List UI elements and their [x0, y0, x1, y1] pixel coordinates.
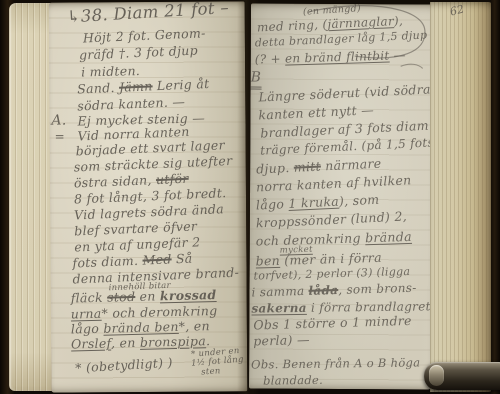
- handwriting-segment: ),: [394, 14, 404, 28]
- handwriting-segment: sten: [201, 366, 221, 377]
- handwriting-segment: lågo: [256, 196, 289, 213]
- handwriting-segment: 1 kruka: [288, 194, 339, 211]
- handwriting-segment: ), som: [339, 192, 380, 209]
- notebook-photo: ↳38. Diam 21 fot –Höjt 2 fot. Genom-gräf…: [0, 0, 500, 394]
- handwriting-segment: Obs 1 större o 1 mindre: [253, 313, 412, 333]
- handwriting-segment: Obs. Benen från A o B höga: [251, 355, 420, 371]
- handwriting-segment: (mer än i förra: [280, 250, 382, 268]
- handwriting-segment: bronspipa: [140, 333, 206, 350]
- handwriting-segment: kroppssönder (lund) 2,: [256, 208, 408, 230]
- handwriting-segment: A.: [51, 113, 66, 129]
- handwriting-line: i midten.: [81, 63, 140, 79]
- handwriting-segment: Så: [171, 251, 193, 267]
- right-page: (en mängd)med ring, (järnnaglar),detta b…: [249, 4, 433, 390]
- handwriting-line: Orslef, en bronspipa.: [71, 333, 211, 351]
- handwriting-segment: (? +: [255, 52, 286, 67]
- handwriting-line: sten: [201, 366, 221, 377]
- handwriting-line: perla) —: [253, 332, 310, 349]
- handwriting-line: Obs. Benen från A o B höga: [251, 355, 420, 371]
- handwriting-segment: med ring, (: [257, 17, 328, 34]
- handwriting-line: A.: [51, 113, 66, 129]
- handwriting-segment: järnnaglar: [327, 14, 394, 31]
- handwriting-segment: *, en: [179, 318, 211, 334]
- handwriting-line: kroppssönder (lund) 2,: [256, 208, 408, 230]
- handwriting-line: Längre söderut (vid södra: [258, 81, 431, 104]
- handwriting-segment: =: [55, 130, 65, 144]
- handwriting-line: (? + en bränd flintbit —: [255, 48, 407, 66]
- book-cover-right-edge: [491, 0, 500, 394]
- handwriting-segment: fläck: [71, 290, 108, 306]
- handwriting-segment: Jämn: [119, 78, 153, 94]
- handwriting-segment: mitt: [293, 159, 321, 175]
- book-clasp: [424, 362, 500, 390]
- handwriting-segment: i midten.: [81, 63, 140, 79]
- left-page: ↳38. Diam 21 fot –Höjt 2 fot. Genom-gräf…: [49, 1, 248, 392]
- handwriting-line: * (obetydligt) ): [75, 355, 173, 376]
- handwriting-line: kanten ett nytt —: [258, 102, 374, 122]
- handwriting-line: B: [251, 70, 262, 86]
- handwriting-segment: en: [135, 288, 160, 304]
- handwriting-segment: * (obetydligt) ): [75, 355, 173, 376]
- handwriting-segment: B: [251, 70, 262, 90]
- handwriting-segment: utför: [156, 171, 189, 187]
- handwriting-segment: krossad: [160, 287, 217, 303]
- handwriting-line: Obs 1 större o 1 mindre: [253, 313, 412, 333]
- handwriting-segment: gräfd †. 3 fot djup: [79, 43, 198, 63]
- handwriting-segment: djup.: [256, 160, 294, 177]
- handwriting-line: djup. mitt närmare: [256, 156, 382, 177]
- handwriting-segment: perla) —: [253, 332, 310, 349]
- handwriting-segment: Längre söderut (vid södra: [258, 81, 431, 104]
- handwriting-line: blandade.: [263, 373, 323, 388]
- handwriting-segment: brända: [365, 229, 412, 245]
- handwriting-segment: norra kanten af hvilken: [256, 172, 412, 194]
- handwriting-segment: kanten ett nytt —: [258, 102, 374, 122]
- handwriting-line: ↳38. Diam 21 fot –: [66, 0, 229, 27]
- handwriting-line: lågo 1 kruka), som: [256, 192, 380, 213]
- handwriting-line: norra kanten af hvilken: [256, 172, 412, 194]
- handwriting-segment: i förra brandlagret: [307, 299, 431, 315]
- handwriting-segment: , som brons-: [338, 281, 417, 297]
- handwriting-segment: Lerig åt: [152, 76, 209, 93]
- handwriting-segment: —: [389, 48, 406, 62]
- handwriting-segment: Sand.: [77, 80, 119, 97]
- handwriting-segment: urna: [71, 306, 102, 322]
- handwriting-segment: .: [206, 333, 211, 348]
- handwriting-segment: närmare: [321, 156, 382, 174]
- handwriting-segment: Orslef: [71, 336, 111, 352]
- right-page-handwriting: (en mängd)med ring, (järnnaglar),detta b…: [251, 4, 433, 5]
- handwriting-segment: Med: [142, 251, 172, 267]
- handwriting-segment: i samma: [251, 284, 308, 300]
- page-edges-right-stack: [430, 2, 494, 392]
- handwriting-line: i samma låda, som brons-: [251, 281, 417, 300]
- left-page-handwriting: ↳38. Diam 21 fot –Höjt 2 fot. Genom-gräf…: [49, 1, 245, 2]
- handwriting-line: gräfd †. 3 fot djup: [79, 43, 198, 63]
- handwriting-segment: blandade.: [263, 373, 323, 388]
- handwriting-segment: fots diam.: [72, 253, 143, 271]
- handwriting-segment: stod: [107, 289, 136, 305]
- handwriting-segment: , en: [111, 335, 140, 351]
- handwriting-segment: ben: [255, 253, 280, 269]
- handwriting-segment: lågo: [71, 321, 104, 337]
- handwriting-segment: en bränd flintbit: [285, 49, 390, 66]
- handwriting-line: =: [55, 130, 65, 144]
- handwriting-segment: låda: [308, 283, 338, 298]
- handwriting-segment: sakerna: [251, 301, 307, 316]
- handwriting-segment: ↳38. Diam 21 fot –: [66, 0, 229, 27]
